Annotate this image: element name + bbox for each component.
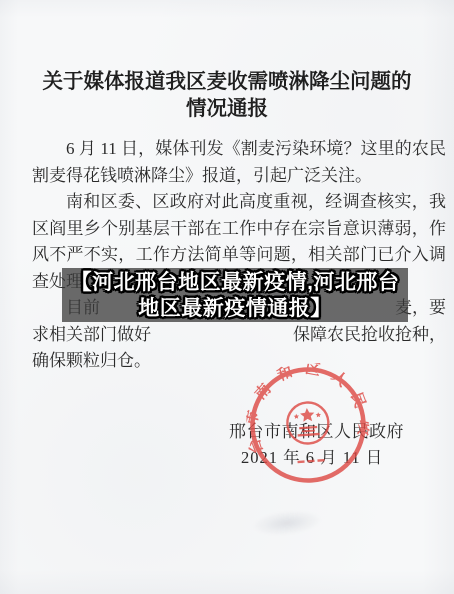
- national-emblem-icon: [286, 401, 330, 445]
- hidden-line3-fragment: 确保颗粒归仓。: [32, 348, 151, 375]
- hidden-line2-right-fragment: 保障农民抢收抢种，: [293, 322, 446, 349]
- caption-line-2: 地区最新疫情通报】: [40, 296, 430, 322]
- title-line-2: 情况通报: [0, 96, 454, 123]
- hidden-paragraph-line-3: 确保颗粒归仓。: [32, 348, 446, 375]
- hidden-paragraph-line-2: 求相关部门做好 保障农民抢收抢种，: [32, 322, 446, 349]
- paragraph-1: 6 月 11 日，媒体刊发《割麦污染环境？这里的农民割麦得花钱喷淋降尘》报道，引…: [32, 136, 446, 189]
- hidden-line2-left-fragment: 求相关部门做好: [32, 322, 151, 349]
- seal-code-marks: [297, 459, 324, 463]
- emblem-small-star-2-icon: [315, 412, 321, 417]
- caption-overlay-text: 【河北邢台地区最新疫情,河北邢台 地区最新疫情通报】: [40, 270, 430, 321]
- document-title: 关于媒体报道我区麦收需喷淋降尘问题的 情况通报: [0, 69, 454, 123]
- paper-smudge: [251, 507, 323, 538]
- caption-line-1: 【河北邢台地区最新疫情,河北邢台: [40, 270, 430, 296]
- emblem-small-star-1-icon: [293, 414, 299, 419]
- document-photo: 关于媒体报道我区麦收需喷淋降尘问题的 情况通报 6 月 11 日，媒体刊发《割麦…: [0, 0, 454, 594]
- title-line-1: 关于媒体报道我区麦收需喷淋降尘问题的: [0, 69, 454, 96]
- official-seal: 邢台市南和区人民政府: [243, 360, 373, 490]
- emblem-big-star-icon: [300, 408, 315, 422]
- document-body: 6 月 11 日，媒体刊发《割麦污染环境？这里的农民割麦得花钱喷淋降尘》报道，引…: [32, 136, 446, 375]
